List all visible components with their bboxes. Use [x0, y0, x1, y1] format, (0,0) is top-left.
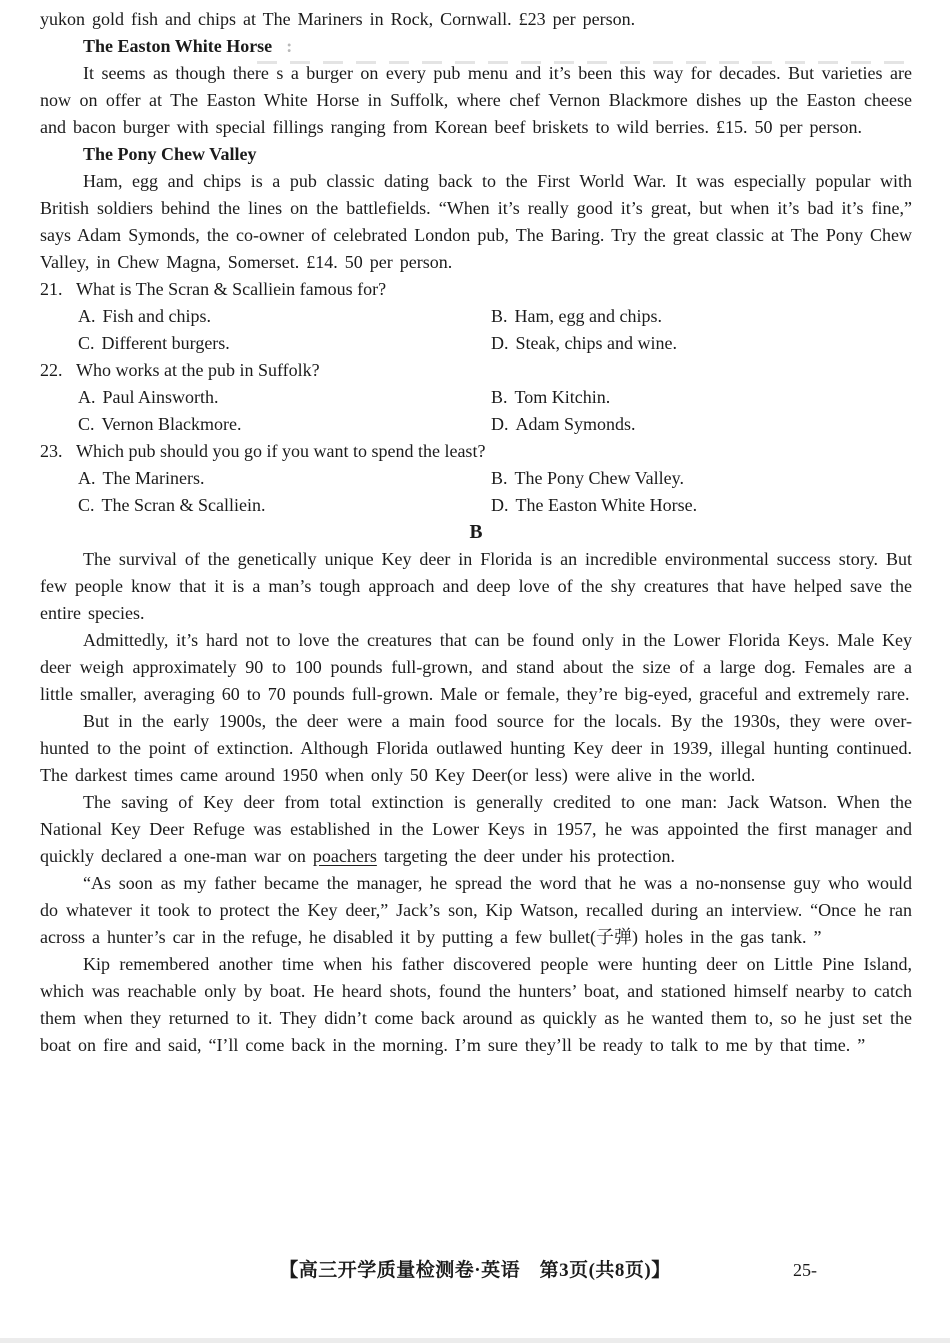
paragraph-text: targeting the deer under his protection. [377, 846, 675, 866]
option-label: C. [78, 333, 95, 353]
question-options: A.The Mariners. B.The Pony Chew Valley. … [40, 465, 912, 519]
passage-b-paragraph-4: The saving of Key deer from total extinc… [40, 789, 912, 870]
option-text: Tom Kitchin. [515, 387, 611, 407]
page-content: yukon gold fish and chips at The Mariner… [40, 6, 912, 1059]
option-b: B.The Pony Chew Valley. [491, 465, 912, 492]
option-c: C.Different burgers. [78, 330, 491, 357]
passage-b-paragraph-3: But in the early 1900s, the deer were a … [40, 708, 912, 789]
option-d: D.The Easton White Horse. [491, 492, 912, 519]
passage-b-paragraph-1: The survival of the genetically unique K… [40, 546, 912, 627]
pub-heading-easton-white-horse: The Easton White Horse: [40, 33, 912, 60]
question-options: A.Fish and chips. B.Ham, egg and chips. … [40, 303, 912, 357]
option-b: B.Ham, egg and chips. [491, 303, 912, 330]
option-text: The Easton White Horse. [516, 495, 698, 515]
option-label: C. [78, 414, 95, 434]
option-label: D. [491, 414, 509, 434]
question-text: Which pub should you go if you want to s… [76, 438, 912, 465]
pub-heading-pony-chew-valley: The Pony Chew Valley [40, 141, 912, 168]
option-label: C. [78, 495, 95, 515]
passage-a-continuation-line: yukon gold fish and chips at The Mariner… [40, 6, 912, 33]
section-b-label: B [40, 519, 912, 546]
question-number: 21. [40, 276, 76, 303]
option-text: Fish and chips. [103, 306, 212, 326]
option-label: A. [78, 387, 96, 407]
question-line: 21. What is The Scran & Scalliein famous… [40, 276, 912, 303]
option-text: Paul Ainsworth. [103, 387, 219, 407]
scan-bottom-edge [0, 1338, 950, 1343]
option-text: The Scran & Scalliein. [102, 495, 266, 515]
passage-b-paragraph-5: “As soon as my father became the manager… [40, 870, 912, 951]
passage-b-paragraph-2: Admittedly, it’s hard not to love the cr… [40, 627, 912, 708]
option-d: D.Steak, chips and wine. [491, 330, 912, 357]
page-footer: 【高三开学质量检测卷·英语 第3页(共8页)】 25- [0, 1257, 950, 1287]
option-b: B.Tom Kitchin. [491, 384, 912, 411]
question-number: 22. [40, 357, 76, 384]
footer-code: 25- [793, 1257, 817, 1284]
question-22: 22. Who works at the pub in Suffolk? A.P… [40, 357, 912, 438]
pub-heading-text: The Easton White Horse [83, 36, 272, 56]
option-text: Vernon Blackmore. [102, 414, 242, 434]
option-a: A.Fish and chips. [78, 303, 491, 330]
question-23: 23. Which pub should you go if you want … [40, 438, 912, 519]
underlined-word-poachers: poachers [313, 846, 377, 866]
option-label: B. [491, 387, 508, 407]
option-text: Adam Symonds. [516, 414, 636, 434]
exam-page: yukon gold fish and chips at The Mariner… [0, 0, 950, 1343]
question-line: 22. Who works at the pub in Suffolk? [40, 357, 912, 384]
passage-b-paragraph-6: Kip remembered another time when his fat… [40, 951, 912, 1059]
option-c: C.Vernon Blackmore. [78, 411, 491, 438]
option-label: D. [491, 495, 509, 515]
option-label: D. [491, 333, 509, 353]
option-label: A. [78, 468, 96, 488]
option-text: Ham, egg and chips. [515, 306, 662, 326]
question-options: A.Paul Ainsworth. B.Tom Kitchin. C.Verno… [40, 384, 912, 438]
question-number: 23. [40, 438, 76, 465]
option-label: B. [491, 468, 508, 488]
question-text: What is The Scran & Scalliein famous for… [76, 276, 912, 303]
question-text: Who works at the pub in Suffolk? [76, 357, 912, 384]
question-21: 21. What is The Scran & Scalliein famous… [40, 276, 912, 357]
pub-heading-text: The Pony Chew Valley [83, 144, 257, 164]
option-text: The Pony Chew Valley. [515, 468, 684, 488]
option-text: Steak, chips and wine. [516, 333, 677, 353]
option-a: A.Paul Ainsworth. [78, 384, 491, 411]
question-line: 23. Which pub should you go if you want … [40, 438, 912, 465]
option-label: B. [491, 306, 508, 326]
pub-paragraph-easton: It seems as though there s a burger on e… [40, 60, 912, 141]
option-a: A.The Mariners. [78, 465, 491, 492]
option-d: D.Adam Symonds. [491, 411, 912, 438]
option-label: A. [78, 306, 96, 326]
option-text: Different burgers. [102, 333, 230, 353]
faint-colon-mark: : [286, 36, 292, 56]
option-text: The Mariners. [103, 468, 205, 488]
option-c: C.The Scran & Scalliein. [78, 492, 491, 519]
pub-paragraph-pony-chew: Ham, egg and chips is a pub classic dati… [40, 168, 912, 276]
